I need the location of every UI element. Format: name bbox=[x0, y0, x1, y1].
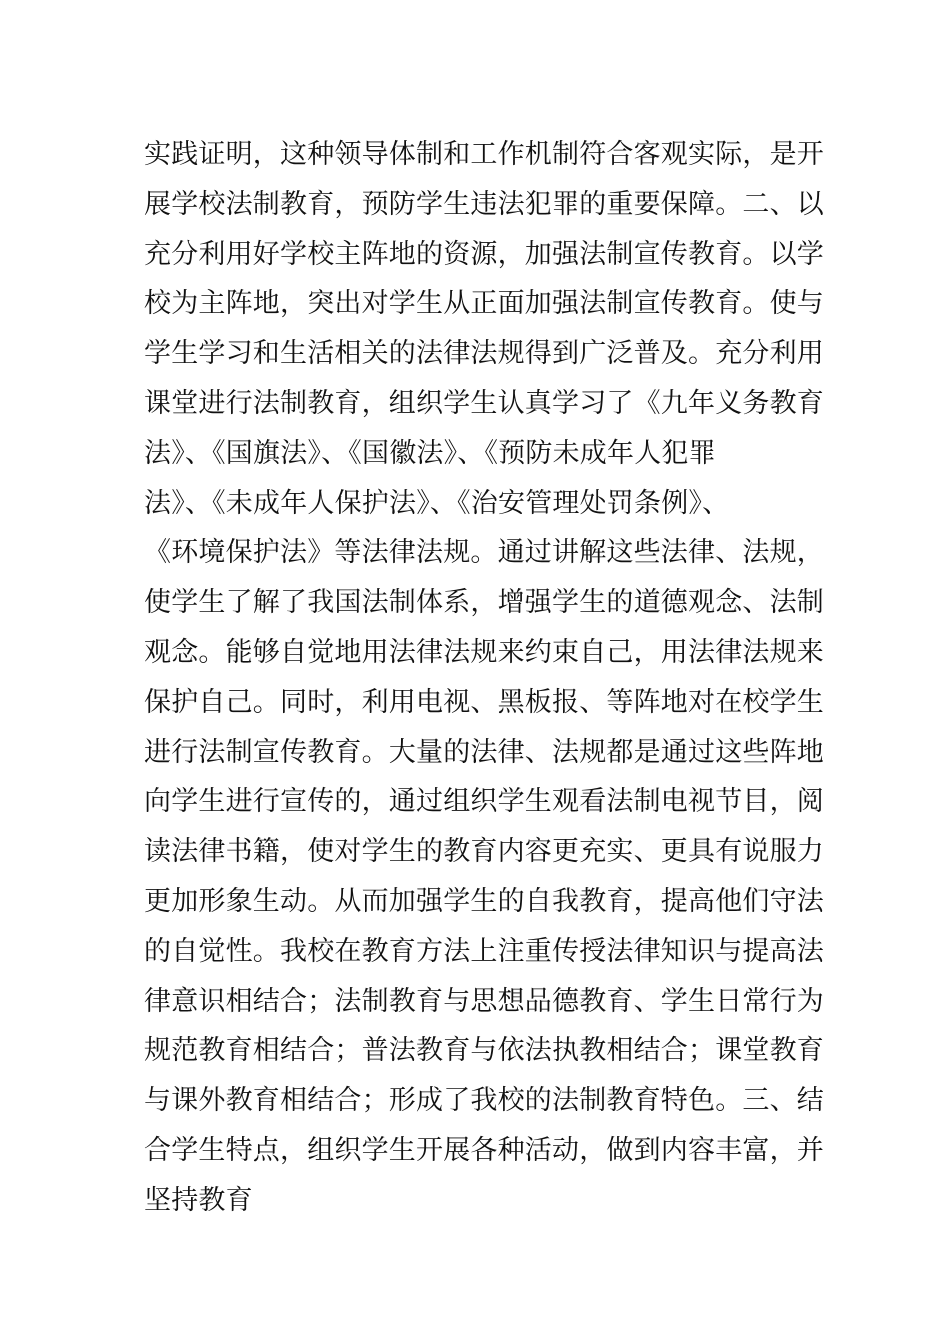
document-page: 实践证明，这种领导体制和工作机制符合客观实际，是开 展学校法制教育，预防学生违法… bbox=[0, 0, 950, 1344]
text-line: 观念。能够自觉地用法律法规来约束自己，用法律法规来 bbox=[144, 628, 814, 678]
text-line: 读法律书籍，使对学生的教育内容更充实、更具有说服力 bbox=[144, 827, 814, 877]
text-line: 坚持教育 bbox=[144, 1176, 814, 1226]
text-line: 课堂进行法制教育，组织学生认真学习了《九年义务教育 bbox=[144, 379, 814, 429]
text-line: 的自觉性。我校在教育方法上注重传授法律知识与提高法 bbox=[144, 927, 814, 977]
text-line: 法》、《未成年人保护法》、《治安管理处罚条例》、 bbox=[144, 479, 814, 529]
text-line: 展学校法制教育，预防学生违法犯罪的重要保障。二、以 bbox=[144, 180, 814, 230]
text-line: 律意识相结合；法制教育与思想品德教育、学生日常行为 bbox=[144, 977, 814, 1027]
text-line: 学生学习和生活相关的法律法规得到广泛普及。充分利用 bbox=[144, 329, 814, 379]
body-paragraph: 实践证明，这种领导体制和工作机制符合客观实际，是开 展学校法制教育，预防学生违法… bbox=[144, 130, 814, 1226]
text-line: 与课外教育相结合；形成了我校的法制教育特色。三、结 bbox=[144, 1076, 814, 1126]
text-line: 充分利用好学校主阵地的资源，加强法制宣传教育。以学 bbox=[144, 230, 814, 280]
text-line: 更加形象生动。从而加强学生的自我教育，提高他们守法 bbox=[144, 877, 814, 927]
text-line: 向学生进行宣传的，通过组织学生观看法制电视节目，阅 bbox=[144, 777, 814, 827]
text-line: 《环境保护法》等法律法规。通过讲解这些法律、法规， bbox=[144, 528, 814, 578]
text-line: 进行法制宣传教育。大量的法律、法规都是通过这些阵地 bbox=[144, 728, 814, 778]
text-line: 规范教育相结合；普法教育与依法执教相结合；课堂教育 bbox=[144, 1026, 814, 1076]
text-line: 使学生了解了我国法制体系，增强学生的道德观念、法制 bbox=[144, 578, 814, 628]
text-line: 校为主阵地，突出对学生从正面加强法制宣传教育。使与 bbox=[144, 279, 814, 329]
text-line: 法》、《国旗法》、《国徽法》、《预防未成年人犯罪 bbox=[144, 429, 814, 479]
text-line: 合学生特点，组织学生开展各种活动，做到内容丰富，并 bbox=[144, 1126, 814, 1176]
text-line: 实践证明，这种领导体制和工作机制符合客观实际，是开 bbox=[144, 130, 814, 180]
text-line: 保护自己。同时，利用电视、黑板报、等阵地对在校学生 bbox=[144, 678, 814, 728]
